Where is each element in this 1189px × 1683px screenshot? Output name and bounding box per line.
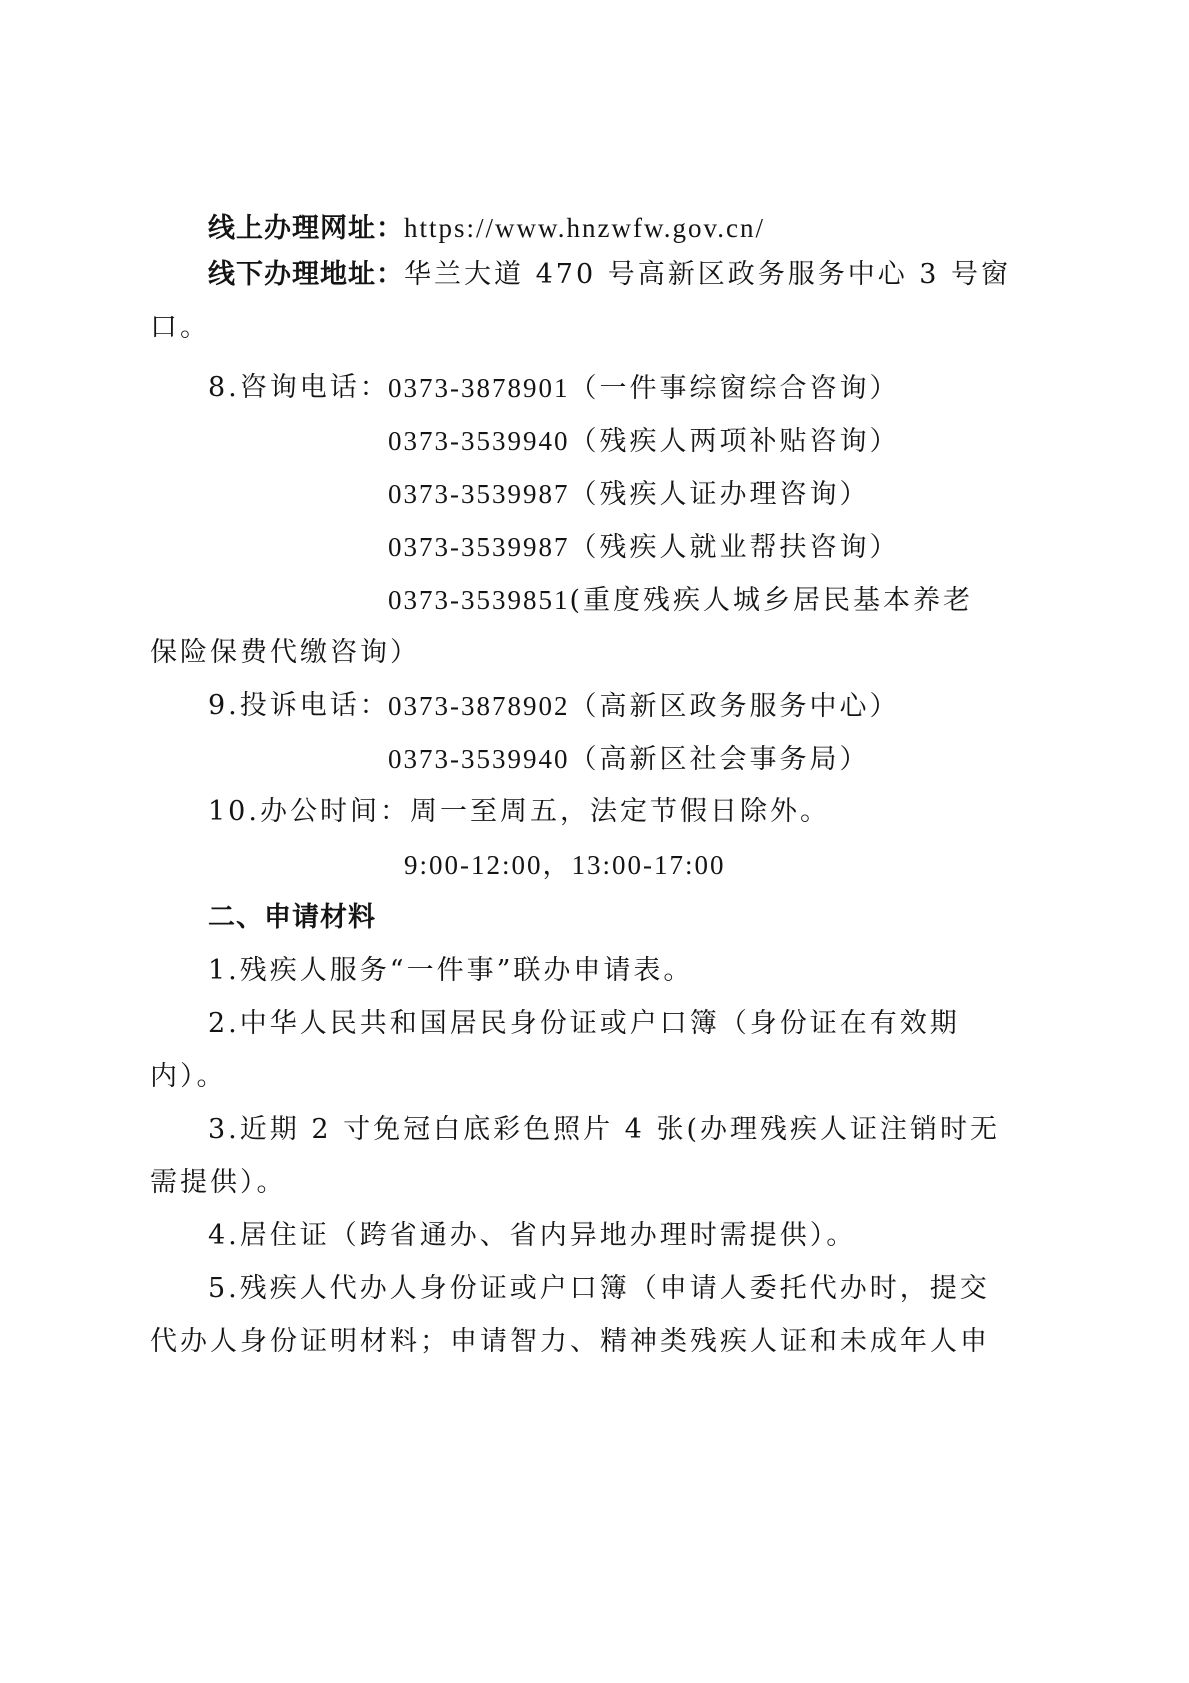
complaint-entry: 0373-3878902（高新区政务服务中心） bbox=[388, 688, 900, 725]
consult-entry: 0373-3539987（残疾人就业帮扶咨询） bbox=[388, 529, 900, 566]
hours-line: 10.办公时间：周一至周五，法定节假日除外。 bbox=[208, 794, 830, 830]
offline-address-cont: 口。 bbox=[150, 310, 210, 346]
complaint-entry: 0373-3539940（高新区社会事务局） bbox=[388, 741, 870, 778]
offline-address-label: 线下办理地址： bbox=[208, 259, 404, 290]
complaint-label: 9.投诉电话： bbox=[208, 688, 390, 724]
consult-entry: 0373-3878901（一件事综窗综合咨询） bbox=[388, 370, 900, 407]
material-item: 5.残疾人代办人身份证或户口簿（申请人委托代办时，提交 bbox=[208, 1271, 990, 1307]
phone-desc: （残疾人证办理咨询） bbox=[570, 479, 870, 510]
material-item-cont: 需提供）。 bbox=[150, 1165, 287, 1201]
document-page: 线上办理网址：https://www.hnzwfw.gov.cn/ 线下办理地址… bbox=[0, 0, 1189, 1683]
material-item: 2.中华人民共和国居民身份证或户口簿（身份证在有效期 bbox=[208, 1006, 960, 1042]
phone-number: 0373-3539940 bbox=[388, 744, 570, 774]
offline-address-line: 线下办理地址：华兰大道 470 号高新区政务服务中心 3 号窗 bbox=[208, 257, 1011, 293]
phone-desc: (重度残疾人城乡居民基本养老 bbox=[570, 585, 974, 616]
consult-entry: 0373-3539851(重度残疾人城乡居民基本养老 bbox=[388, 582, 973, 619]
consult-entry: 0373-3539987（残疾人证办理咨询） bbox=[388, 476, 870, 513]
consult-entry: 0373-3539940（残疾人两项补贴咨询） bbox=[388, 423, 900, 460]
phone-number: 0373-3539987 bbox=[388, 479, 570, 509]
online-address-url[interactable]: https://www.hnzwfw.gov.cn/ bbox=[404, 213, 765, 243]
online-address-line: 线上办理网址：https://www.hnzwfw.gov.cn/ bbox=[208, 210, 765, 247]
phone-number: 0373-3878902 bbox=[388, 691, 570, 721]
hours-times: 9:00-12:00，13:00-17:00 bbox=[404, 847, 726, 883]
consult-label: 8.咨询电话： bbox=[208, 370, 390, 406]
phone-desc: （高新区政务服务中心） bbox=[570, 691, 900, 722]
phone-desc: （残疾人就业帮扶咨询） bbox=[570, 532, 900, 563]
material-item-cont: 代办人身份证明材料；申请智力、精神类残疾人证和未成年人申 bbox=[150, 1324, 990, 1360]
material-item: 1.残疾人服务“一件事”联办申请表。 bbox=[208, 953, 693, 989]
material-item: 4.居住证（跨省通办、省内异地办理时需提供）。 bbox=[208, 1218, 856, 1254]
hours-label: 10.办公时间： bbox=[208, 796, 410, 827]
offline-address-value: 华兰大道 470 号高新区政务服务中心 3 号窗 bbox=[404, 259, 1011, 290]
phone-number: 0373-3539851 bbox=[388, 585, 570, 615]
phone-desc: （残疾人两项补贴咨询） bbox=[570, 426, 900, 457]
phone-number: 0373-3878901 bbox=[388, 373, 570, 403]
consult-entry-cont: 保险保费代缴咨询） bbox=[150, 635, 420, 671]
material-item-cont: 内）。 bbox=[150, 1059, 227, 1095]
phone-number: 0373-3539987 bbox=[388, 532, 570, 562]
phone-desc: （高新区社会事务局） bbox=[570, 744, 870, 775]
material-item: 3.近期 2 寸免冠白底彩色照片 4 张(办理残疾人证注销时无 bbox=[208, 1112, 1000, 1148]
section-heading: 二、申请材料 bbox=[208, 900, 376, 936]
hours-days: 周一至周五，法定节假日除外。 bbox=[410, 796, 830, 827]
online-address-label: 线上办理网址： bbox=[208, 213, 404, 244]
phone-desc: （一件事综窗综合咨询） bbox=[570, 373, 900, 404]
phone-number: 0373-3539940 bbox=[388, 426, 570, 456]
